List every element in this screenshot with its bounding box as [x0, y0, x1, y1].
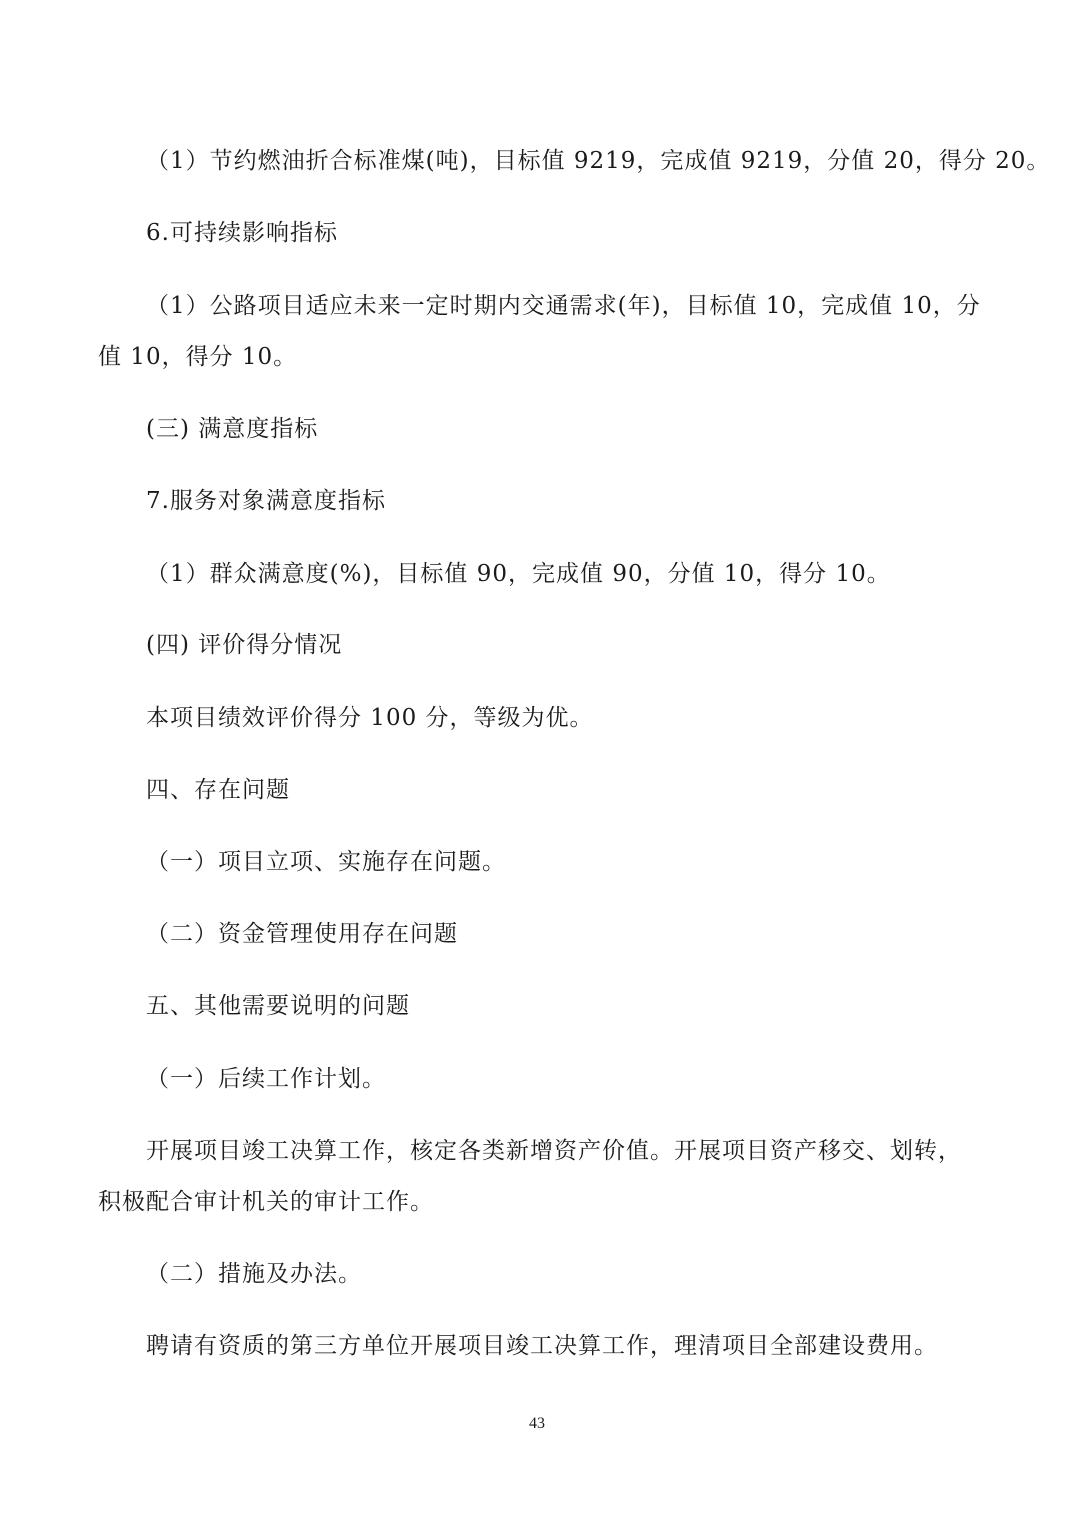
follow-up-plan-text-cont: 积极配合审计机关的审计工作。 — [98, 1187, 434, 1217]
heading-other-issues: 五、其他需要说明的问题 — [146, 991, 410, 1021]
heading-evaluation-score: (四) 评价得分情况 — [146, 630, 342, 660]
indicator-fuel-saving: （1）节约燃油折合标准煤(吨)，目标值 9219，完成值 9219，分值 20，… — [146, 146, 1050, 176]
evaluation-score-text: 本项目绩效评价得分 100 分，等级为优。 — [146, 703, 594, 733]
document-page: （1）节约燃油折合标准煤(吨)，目标值 9219，完成值 9219，分值 20，… — [0, 0, 1074, 1520]
page-number: 43 — [0, 1414, 1074, 1434]
heading-sustainability-indicators: 6.可持续影响指标 — [146, 218, 338, 248]
follow-up-plan-text: 开展项目竣工决算工作，核定各类新增资产价值。开展项目资产移交、划转， — [146, 1136, 962, 1166]
heading-measures: （二）措施及办法。 — [146, 1259, 362, 1289]
problem-fund-management: （二）资金管理使用存在问题 — [146, 919, 458, 949]
heading-satisfaction-indicators: (三) 满意度指标 — [146, 414, 318, 444]
heading-follow-up-plan: （一）后续工作计划。 — [146, 1064, 386, 1094]
heading-service-satisfaction: 7.服务对象满意度指标 — [146, 486, 386, 516]
measures-text: 聘请有资质的第三方单位开展项目竣工决算工作，理清项目全部建设费用。 — [146, 1331, 938, 1361]
heading-existing-problems: 四、存在问题 — [146, 775, 290, 805]
indicator-traffic-demand: （1）公路项目适应未来一定时期内交通需求(年)，目标值 10，完成值 10，分 — [146, 291, 981, 321]
indicator-traffic-demand-cont: 值 10，得分 10。 — [98, 342, 297, 372]
problem-project-implementation: （一）项目立项、实施存在问题。 — [146, 847, 506, 877]
indicator-public-satisfaction: （1）群众满意度(%)，目标值 90，完成值 90，分值 10，得分 10。 — [146, 559, 891, 589]
